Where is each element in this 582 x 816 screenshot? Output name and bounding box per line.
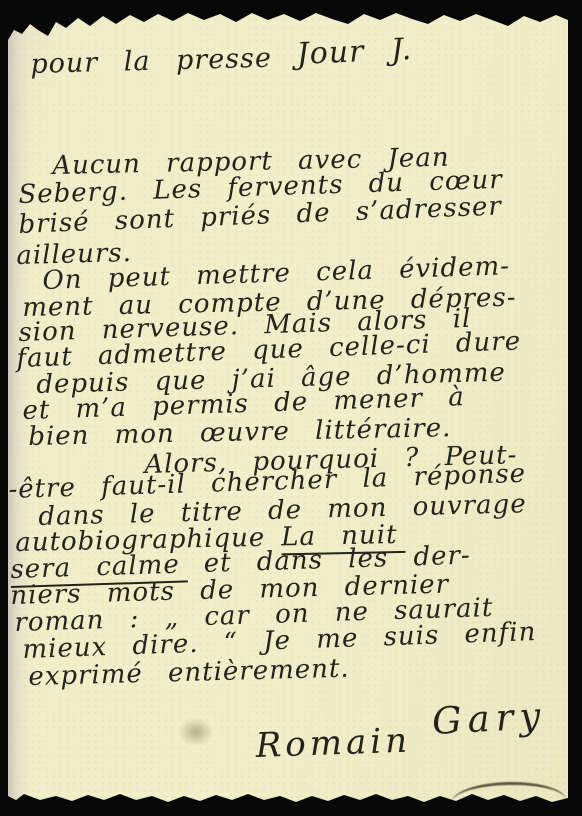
header-left-text: pour la presse: [30, 43, 272, 80]
scanned-letter-page: { "colors": { "scan_background": "#07070…: [0, 0, 582, 816]
signature-last-name: Gary: [431, 694, 547, 743]
letter-paper: pour la presse Jour J. Aucun rapport ave…: [8, 10, 568, 808]
ink-smudge: [178, 718, 214, 746]
header-jour-j: Jour J.: [296, 33, 413, 71]
letter-line-20: exprimé entièrement.: [28, 655, 350, 692]
header-for-press: pour la presse: [30, 44, 272, 80]
paper-corner-shadow: [452, 781, 566, 802]
header-right-text: Jour J.: [296, 32, 413, 72]
signature-first-name: Romain: [255, 721, 412, 766]
